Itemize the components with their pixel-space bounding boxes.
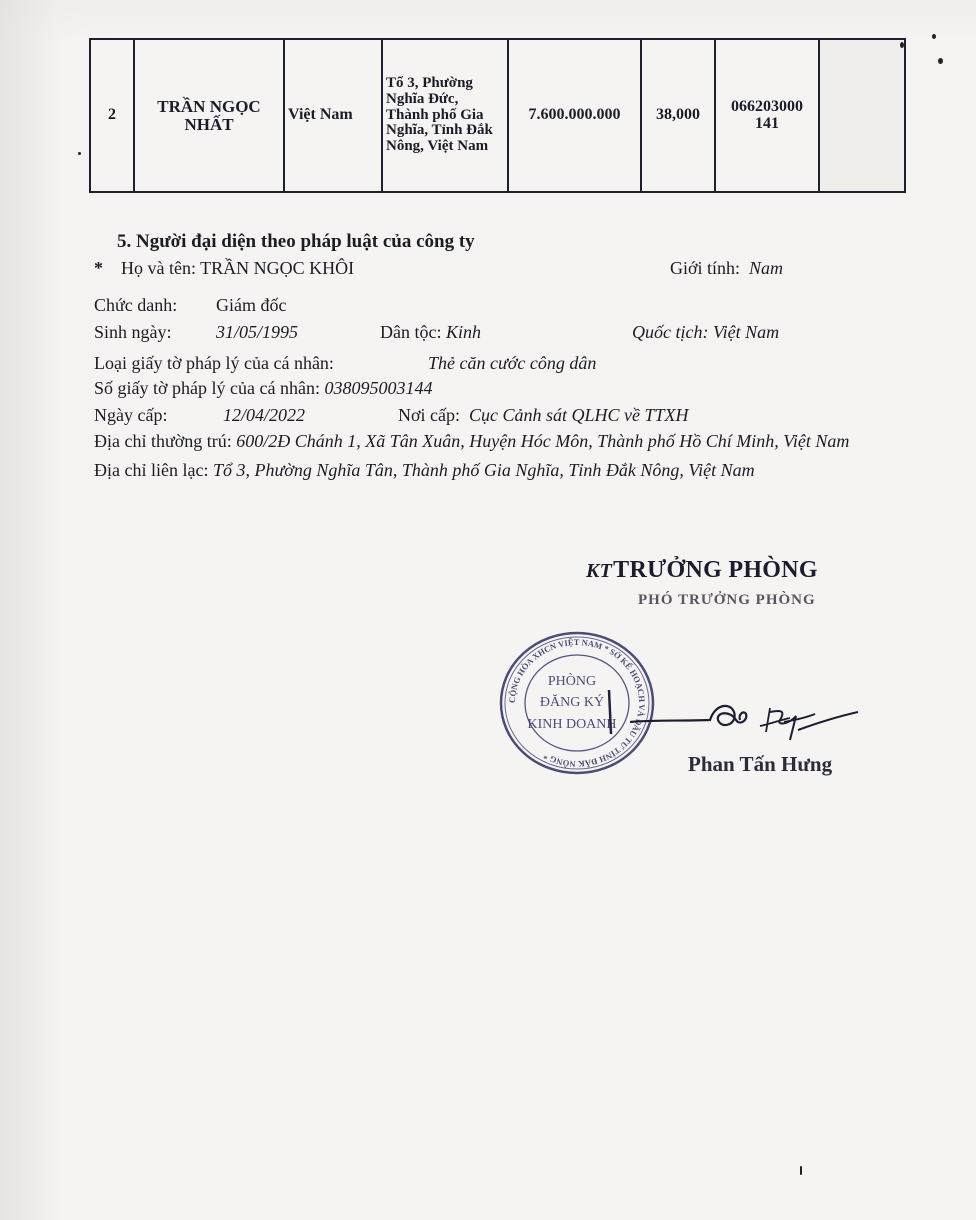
cell-id-number: 066203000 141 — [715, 39, 819, 192]
ethnicity-value: Kinh — [446, 322, 481, 342]
table-row: 2 TRẦN NGỌC NHẤT Việt Nam Tổ 3, Phường N… — [90, 39, 905, 192]
stamp-line-2: ĐĂNG KÝ — [540, 693, 604, 710]
contact-address-line: Địa chỉ liên lạc: Tổ 3, Phường Nghĩa Tân… — [94, 459, 914, 482]
gender-value: Nam — [749, 258, 783, 278]
dob-value: 31/05/1995 — [216, 320, 298, 345]
scan-speck — [932, 34, 936, 39]
id-number-line: Số giấy tờ pháp lý của cá nhân: 03809500… — [94, 376, 914, 401]
stamp-line-1: PHÒNG — [548, 672, 596, 689]
gender-label: Giới tính: — [670, 258, 740, 278]
shareholder-table: 2 TRẦN NGỌC NHẤT Việt Nam Tổ 3, Phường N… — [89, 38, 906, 193]
position-label: Chức danh: — [94, 295, 177, 315]
scan-speck — [900, 42, 904, 48]
gender-field: Giới tính: Nam — [670, 256, 783, 281]
cell-capital: 7.600.000.000 — [508, 39, 641, 192]
stamp-line-3: KINH DOANH — [527, 717, 616, 732]
name-value: TRẦN NGỌC KHÔI — [200, 258, 354, 278]
signature-mark: KT — [586, 560, 612, 582]
issue-place-label: Nơi cấp: — [398, 405, 460, 425]
cell-address: Tổ 3, Phường Nghĩa Đức, Thành phố Gia Ng… — [382, 39, 508, 192]
ethnicity-label: Dân tộc: — [380, 322, 441, 342]
ethnicity-field: Dân tộc: Kinh — [380, 320, 481, 345]
issue-date-value: 12/04/2022 — [223, 403, 305, 428]
id-type-value: Thẻ căn cước công dân — [428, 351, 596, 376]
id-type-label: Loại giấy tờ pháp lý của cá nhân: — [94, 353, 334, 373]
issue-line: Ngày cấp: 12/04/2022 Nơi cấp: Cục Cảnh s… — [94, 403, 914, 428]
permanent-address-line: Địa chỉ thường trú: 600/2Đ Chánh 1, Xã T… — [94, 430, 914, 453]
signature-title-text: TRƯỞNG PHÒNG — [613, 557, 818, 583]
permanent-address-value: 600/2Đ Chánh 1, Xã Tân Xuân, Huyện Hóc M… — [236, 431, 849, 451]
position-value: Giám đốc — [216, 293, 286, 318]
cell-nationality: Việt Nam — [284, 39, 382, 192]
name-line: *Họ và tên: TRẦN NGỌC KHÔI Giới tính: Na… — [94, 256, 914, 281]
cell-percent: 38,000 — [641, 39, 715, 192]
scan-speck — [78, 152, 81, 155]
scan-speck — [938, 58, 943, 64]
section-title: 5. Người đại diện theo pháp luật của côn… — [117, 228, 914, 256]
nationality-value: Quốc tịch: Việt Nam — [632, 320, 779, 345]
signature-title: KTTRƯỞNG PHÒNG — [586, 557, 818, 584]
id-number-value: 038095003144 — [324, 378, 432, 398]
bullet-star: * — [94, 258, 103, 278]
scan-speck — [800, 1166, 802, 1175]
handwritten-signature-icon — [630, 690, 860, 760]
signature-subtitle: PHÓ TRƯỞNG PHÒNG — [638, 592, 816, 609]
cell-name: TRẦN NGỌC NHẤT — [134, 39, 284, 192]
issue-place-value: Cục Cảnh sát QLHC về TTXH — [469, 405, 689, 425]
id-type-line: Loại giấy tờ pháp lý của cá nhân: Thẻ că… — [94, 351, 914, 376]
issue-place-field: Nơi cấp: Cục Cảnh sát QLHC về TTXH — [398, 403, 689, 428]
cell-note — [819, 39, 905, 192]
position-line: Chức danh: Giám đốc — [94, 293, 914, 318]
legal-representative-section: 5. Người đại diện theo pháp luật của côn… — [94, 228, 914, 486]
cell-no: 2 — [90, 39, 134, 192]
permanent-address-label: Địa chỉ thường trú: — [94, 431, 232, 451]
issue-date-label: Ngày cấp: — [94, 405, 167, 425]
contact-address-value: Tổ 3, Phường Nghĩa Tân, Thành phố Gia Ng… — [213, 460, 755, 480]
dob-label: Sinh ngày: — [94, 322, 172, 342]
dob-line: Sinh ngày: 31/05/1995 Dân tộc: Kinh Quốc… — [94, 320, 914, 345]
name-label: Họ và tên: — [121, 258, 196, 278]
id-number-label: Số giấy tờ pháp lý của cá nhân: — [94, 378, 320, 398]
signer-name: Phan Tấn Hưng — [688, 752, 832, 777]
contact-address-label: Địa chỉ liên lạc: — [94, 460, 208, 480]
